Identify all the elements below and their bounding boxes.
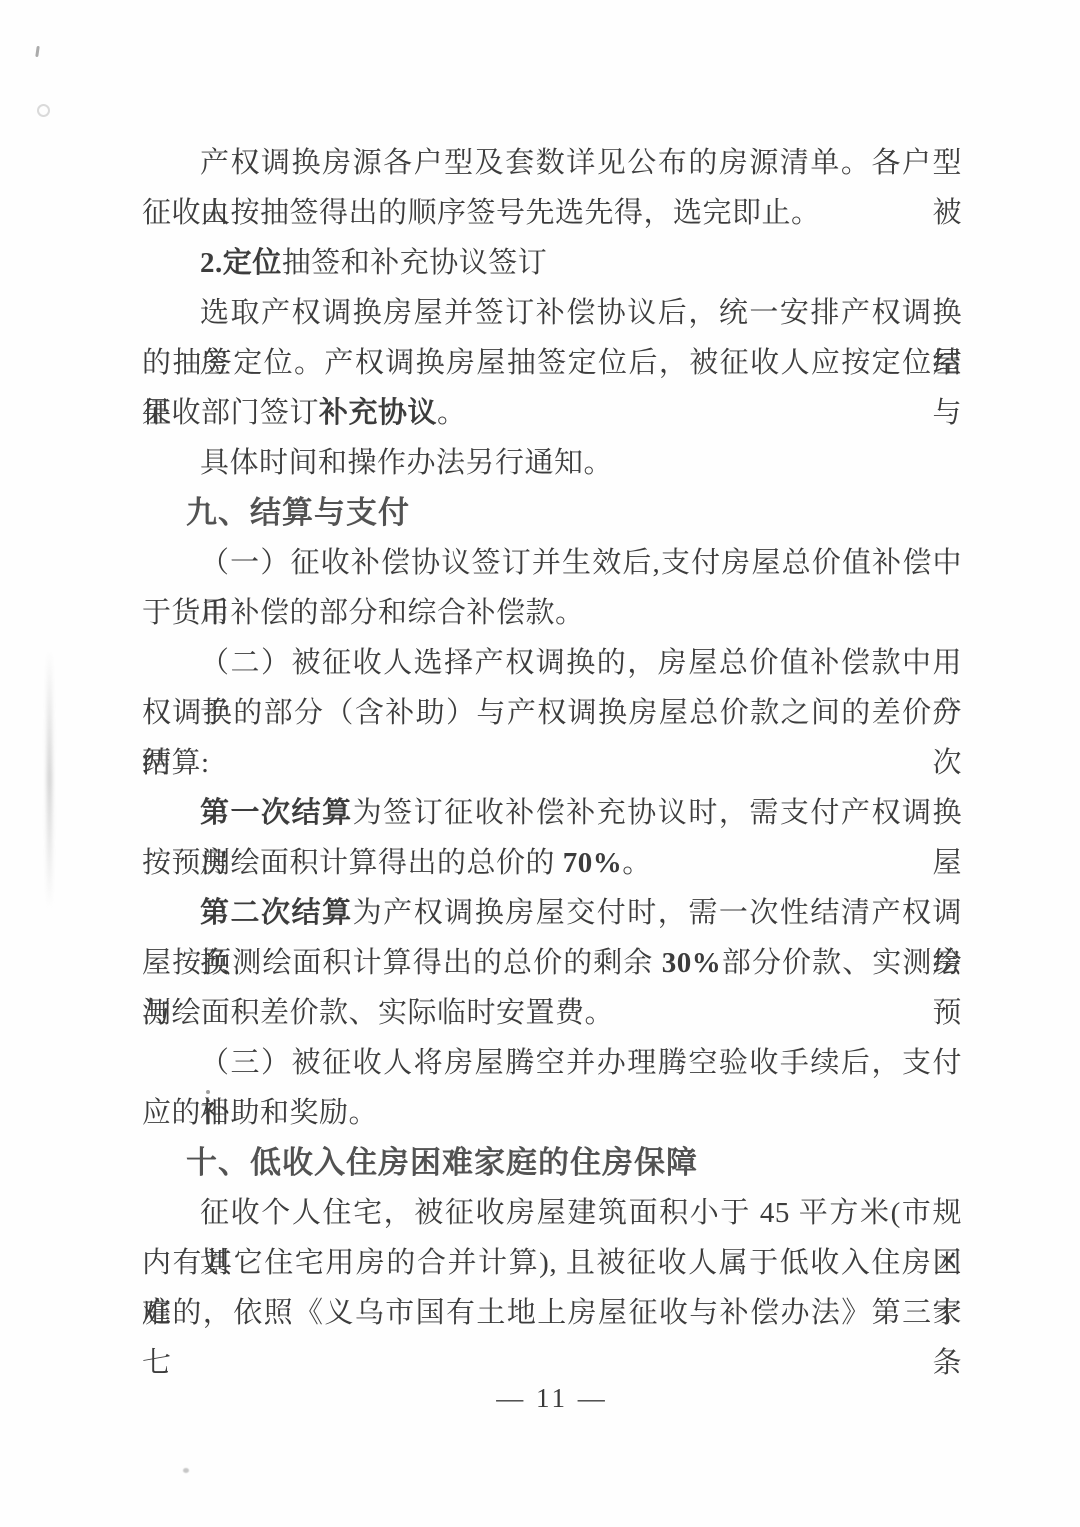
document-line: 内有其它住宅用房的合并计算), 且被征收人属于低收入住房困难家 <box>142 1238 962 1288</box>
page-number: — 11 — <box>142 1383 962 1414</box>
document-line: 第一次结算为签订征收补偿补充协议时，需支付产权调换房屋 <box>142 788 962 838</box>
document-line: 于货币补偿的部分和综合补偿款。 <box>142 588 962 638</box>
emphasized-text: 第一次结算 <box>200 797 353 829</box>
body-text: 具体时间和操作办法另行通知。 <box>200 447 613 479</box>
document-line: （三）被征收人将房屋腾空并办理腾空验收手续后，支付相 <box>142 1038 962 1088</box>
body-text: 征收部门签订 <box>142 397 319 429</box>
scan-artifact-speck <box>183 1468 189 1473</box>
document-line: 庭的，依照《义乌市国有土地上房屋征收与补偿办法》第三十七条 <box>142 1288 962 1338</box>
body-text: 按预测绘面积计算得出的总价的 <box>142 847 563 879</box>
scan-artifact-speck <box>35 46 40 57</box>
document-line: 产权调换房源各户型及套数详见公布的房源清单。各户型由被 <box>142 138 962 188</box>
document-line: 第二次结算为产权调换房屋交付时，需一次性结清产权调换房 <box>142 888 962 938</box>
emphasized-text: 九、结算与支付 <box>186 495 410 530</box>
document-line: 权调换的部分（含补助）与产权调换房屋总价款之间的差价分两次 <box>142 688 962 738</box>
document-page: 产权调换房源各户型及套数详见公布的房源清单。各户型由被征收人按抽签得出的顺序签号… <box>0 0 1080 1527</box>
body-text: 屋按预测绘面积计算得出的总价的剩余 <box>142 947 662 979</box>
document-line: 屋按预测绘面积计算得出的总价的剩余 30%部分价款、实测绘与预 <box>142 938 962 988</box>
body-text: 结算: <box>142 747 210 779</box>
document-line: （二）被征收人选择产权调换的，房屋总价值补偿款中用于产 <box>142 638 962 688</box>
emphasized-text: 补充协议 <box>319 397 437 429</box>
document-line: 2.定位抽签和补充协议签订 <box>142 238 962 288</box>
body-text: 测绘面积差价款、实际临时安置费。 <box>142 997 614 1029</box>
body-text: 庭的，依照《义乌市国有土地上房屋征收与补偿办法》第三十七条 <box>142 1297 962 1379</box>
document-line: 应的补助和奖励。 <box>142 1088 962 1138</box>
document-line: 具体时间和操作办法另行通知。 <box>142 438 962 488</box>
emphasized-text: 十、低收入住房困难家庭的住房保障 <box>186 1145 698 1180</box>
body-text: 征收人按抽签得出的顺序签号先选先得，选完即止。 <box>142 197 821 229</box>
body-text: 抽签和补充协议签订 <box>282 247 548 279</box>
emphasized-text: 70% <box>563 847 623 879</box>
body-text: 于货币补偿的部分和综合补偿款。 <box>142 597 585 629</box>
emphasized-text: 第二次结算 <box>200 897 353 929</box>
body-text: 。 <box>437 397 467 429</box>
emphasized-text: 30% <box>662 947 722 979</box>
scan-artifact-speck <box>37 104 50 117</box>
body-text: 应的补助和奖励。 <box>142 1097 378 1129</box>
section-heading: 十、低收入住房困难家庭的住房保障 <box>142 1138 962 1188</box>
body-text: 权调换的部分（含补助）与产权调换房屋总价款之间的差价分两次 <box>142 697 962 779</box>
document-line: 征收个人住宅，被征收房屋建筑面积小于 45 平方米(市规划区 <box>142 1188 962 1238</box>
scan-artifact-smudge <box>47 650 52 908</box>
document-line: 的抽签定位。产权调换房屋抽签定位后，被征收人应按定位结果与 <box>142 338 962 388</box>
body-text: 。 <box>622 847 652 879</box>
document-line: （一）征收补偿协议签订并生效后,支付房屋总价值补偿中用 <box>142 538 962 588</box>
document-line: 选取产权调换房屋并签订补偿协议后，统一安排产权调换房屋 <box>142 288 962 338</box>
section-heading: 九、结算与支付 <box>142 488 962 538</box>
document-body: 产权调换房源各户型及套数详见公布的房源清单。各户型由被征收人按抽签得出的顺序签号… <box>142 138 962 1338</box>
emphasized-text: 2.定位 <box>200 247 282 279</box>
